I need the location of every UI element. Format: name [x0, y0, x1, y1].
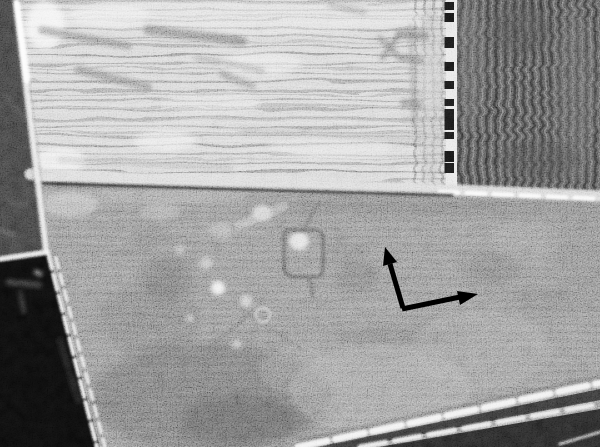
aerial-photograph: [0, 0, 600, 447]
mottle-overlay: [0, 0, 600, 447]
aerial-photo-canvas: [0, 0, 600, 447]
